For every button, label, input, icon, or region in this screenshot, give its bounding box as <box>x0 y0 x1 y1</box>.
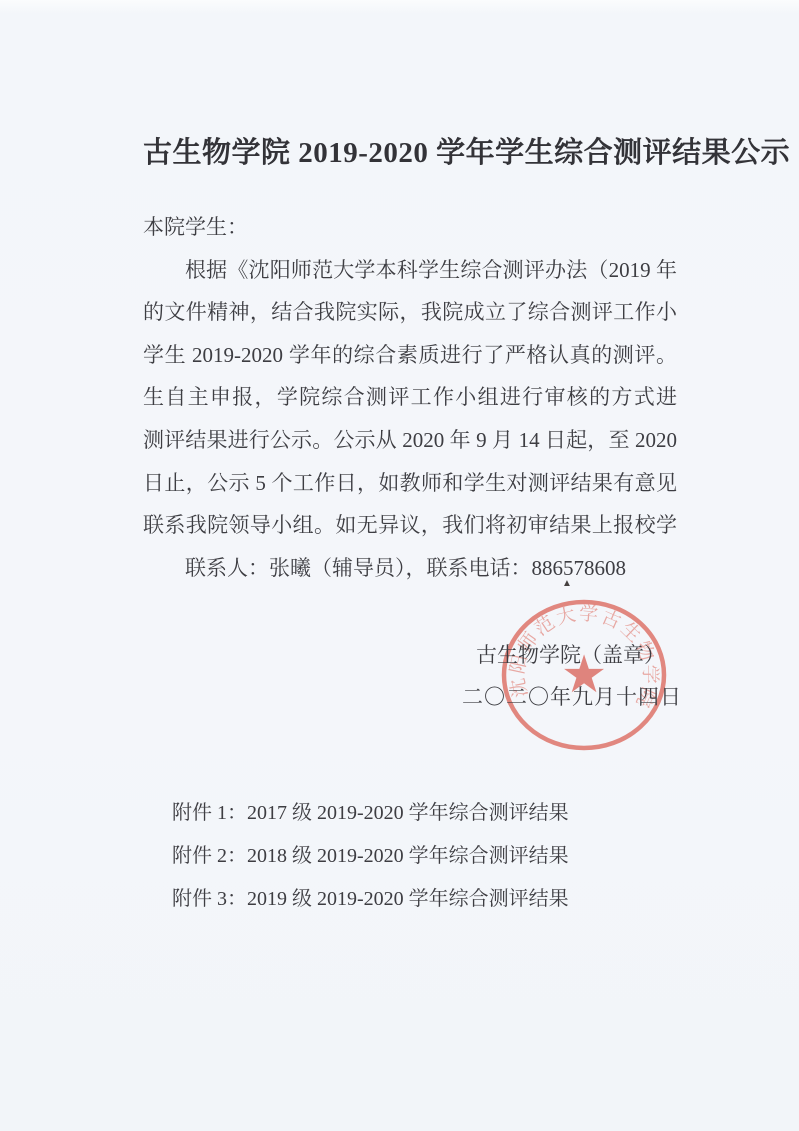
paragraph-line: 测评结果进行公示。公示从 2020 年 9 月 14 日起，至 2020 年 9… <box>143 419 677 462</box>
paragraph-line: 生自主申报，学院综合测评工作小组进行审核的方式进行，现对综合 <box>143 376 677 419</box>
paragraph-line: 联系我院领导小组。如无异议，我们将初审结果上报校学生处审核。 <box>143 504 677 547</box>
paragraph-line: 的文件精神，结合我院实际，我院成立了综合测评工作小组，对全体 <box>143 291 677 334</box>
document-title: 古生物学院 2019-2020 学年学生综合测评结果公示 <box>143 130 677 171</box>
signature-date-line: 二〇二〇年九月十四日 <box>462 676 682 719</box>
paragraph-line: 根据《沈阳师范大学本科学生综合测评办法（2019 年 7 月修订）》 <box>143 249 677 292</box>
paragraph-line: 学生 2019-2020 学年的综合素质进行了严格认真的测评。测评采取学 <box>143 334 677 377</box>
attachment-item: 附件 1：2017 级 2019-2020 学年综合测评结果 <box>172 792 569 835</box>
attachments-list: 附件 1：2017 级 2019-2020 学年综合测评结果 附件 2：2018… <box>172 792 569 920</box>
salutation: 本院学生： <box>143 206 677 249</box>
attachment-item: 附件 2：2018 级 2019-2020 学年综合测评结果 <box>172 835 569 878</box>
attachment-item: 附件 3：2019 级 2019-2020 学年综合测评结果 <box>172 878 569 921</box>
scanned-document-page: 古生物学院 2019-2020 学年学生综合测评结果公示 本院学生： 根据《沈阳… <box>0 0 799 1131</box>
paragraph-line: 日止，公示 5 个工作日，如教师和学生对测评结果有意见和建议，请 <box>143 462 677 505</box>
contact-line: 联系人：张曦（辅导员），联系电话：886578608 <box>143 547 677 590</box>
signature-unit-line: 古生物学院（盖章） <box>476 634 665 677</box>
ink-mark-icon: ▲ <box>562 579 572 589</box>
document-body: 本院学生： 根据《沈阳师范大学本科学生综合测评办法（2019 年 7 月修订）》… <box>143 206 677 589</box>
